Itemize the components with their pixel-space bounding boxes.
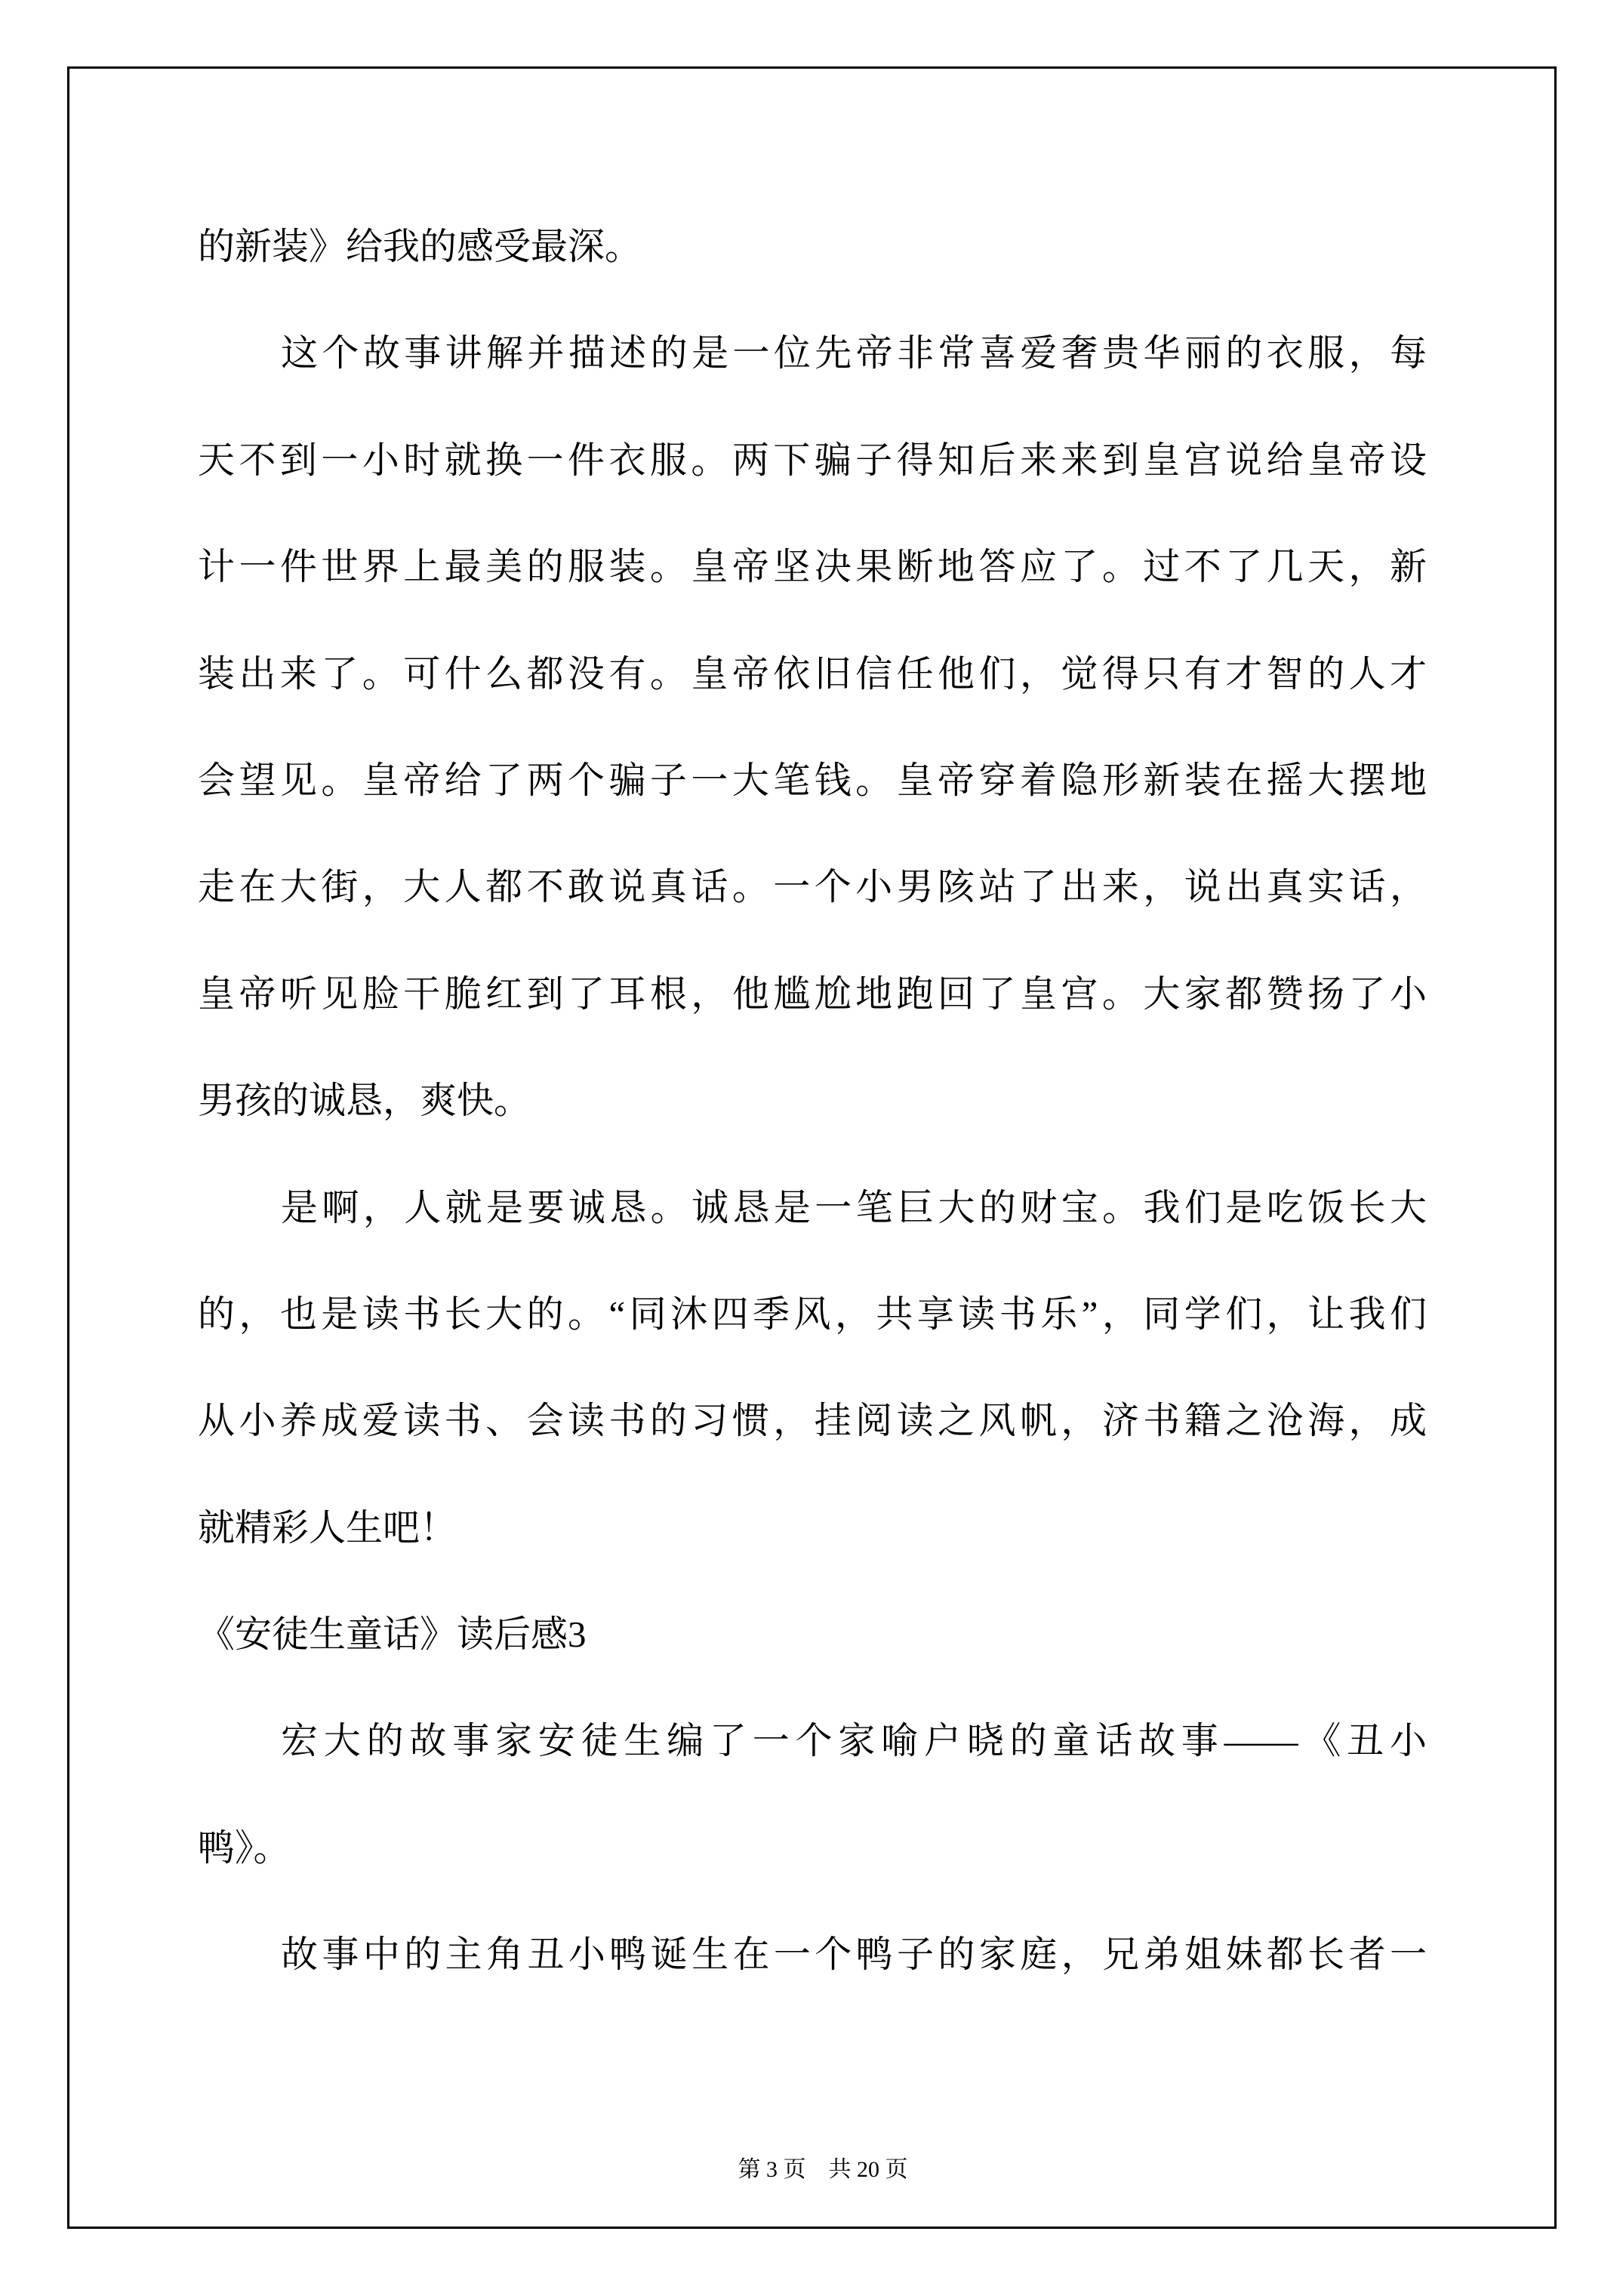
text-line: 装出来了。可什么都没有。皇帝依旧信任他们，觉得只有才智的人才 — [198, 621, 1427, 727]
text-line: 就精彩人生吧！ — [198, 1475, 1427, 1581]
text-line: 的新装》给我的感受最深。 — [198, 193, 1427, 300]
text-line: 故事中的主角丑小鸭诞生在一个鸭子的家庭，兄弟姐妹都长者一 — [198, 1901, 1427, 2008]
text-line: 从小养成爱读书、会读书的习惯，挂阅读之风帆，济书籍之沧海，成 — [198, 1367, 1427, 1474]
text-line: 是啊，人就是要诚恳。诚恳是一笔巨大的财宝。我们是吃饭长大 — [198, 1154, 1427, 1261]
text-line: 会望见。皇帝给了两个骗子一大笔钱。皇帝穿着隐形新装在摇大摆地 — [198, 727, 1427, 834]
text-line: 《安徒生童话》读后感3 — [198, 1581, 1427, 1687]
text-line: 计一件世界上最美的服装。皇帝坚决果断地答应了。过不了几天，新 — [198, 513, 1427, 620]
text-line: 皇帝听见脸干脆红到了耳根，他尴尬地跑回了皇宫。大家都赞扬了小 — [198, 941, 1427, 1047]
text-line: 这个故事讲解并描述的是一位先帝非常喜爱奢贵华丽的衣服，每 — [198, 300, 1427, 406]
text-line: 走在大街，大人都不敢说真话。一个小男陔站了出来，说出真实话， — [198, 834, 1427, 940]
text-line: 的，也是读书长大的。“同沐四季风，共享读书乐”，同学们，让我们 — [198, 1261, 1427, 1367]
page-number: 第 3 页 共 20 页 — [738, 2157, 908, 2182]
page-footer: 第 3 页 共 20 页 — [0, 2120, 1623, 2153]
text-line: 天不到一小时就换一件衣服。两下骗子得知后来来到皇宫说给皇帝设 — [198, 407, 1427, 513]
page: 的新装》给我的感受最深。这个故事讲解并描述的是一位先帝非常喜爱奢贵华丽的衣服，每… — [0, 0, 1623, 2296]
text-line: 宏大的故事家安徒生编了一个家喻户晓的童话故事——《丑小 — [198, 1687, 1427, 1794]
text-line: 男孩的诚恳，爽快。 — [198, 1047, 1427, 1154]
text-line: 鸭》。 — [198, 1795, 1427, 1901]
document-body: 的新装》给我的感受最深。这个故事讲解并描述的是一位先帝非常喜爱奢贵华丽的衣服，每… — [198, 193, 1427, 2008]
